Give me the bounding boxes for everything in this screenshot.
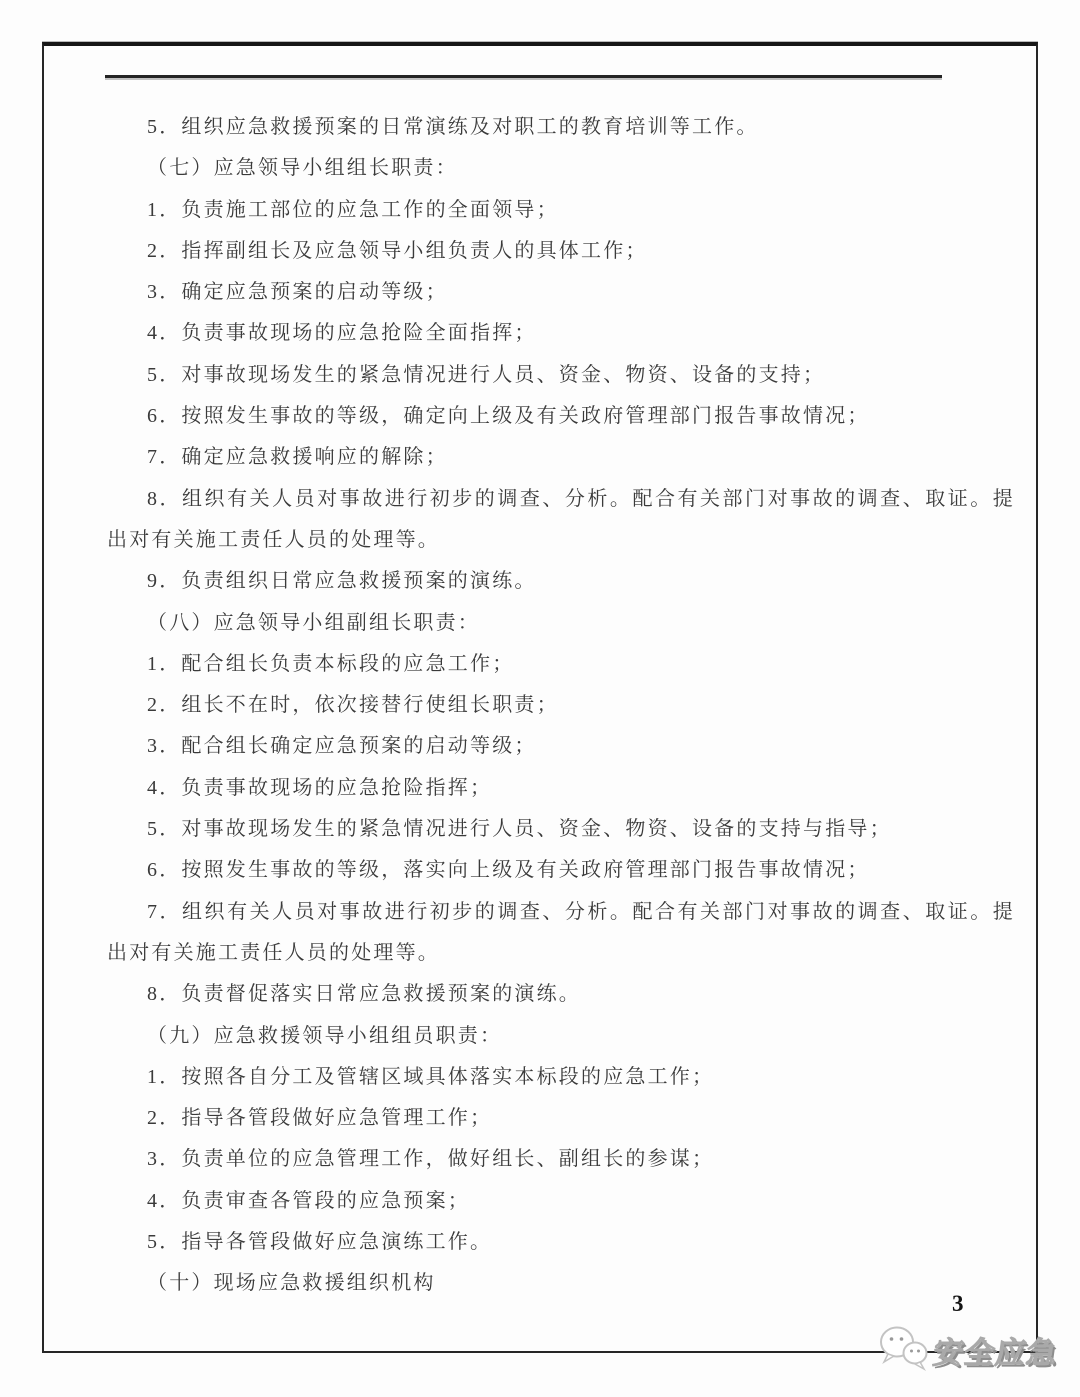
paragraph: 6．按照发生事故的等级，落实向上级及有关政府管理部门报告事故情况；: [107, 850, 1015, 891]
paragraph: 1．按照各自分工及管辖区域具体落实本标段的应急工作；: [107, 1057, 1015, 1098]
paragraph: 8．组织有关人员对事故进行初步的调查、分析。配合有关部门对事故的调查、取证。提出…: [107, 479, 1015, 562]
paragraph: 6．按照发生事故的等级，确定向上级及有关政府管理部门报告事故情况；: [107, 396, 1015, 437]
paragraph: 5．指导各管段做好应急演练工作。: [107, 1222, 1015, 1263]
header-rule: [105, 75, 942, 78]
document-page: 5．组织应急救援预案的日常演练及对职工的教育培训等工作。（七）应急领导小组组长职…: [0, 0, 1080, 1397]
paragraph: 5．对事故现场发生的紧急情况进行人员、资金、物资、设备的支持与指导；: [107, 809, 1015, 850]
paragraph: （九）应急救援领导小组组员职责：: [107, 1016, 1015, 1057]
paragraph: 2．指导各管段做好应急管理工作；: [107, 1098, 1015, 1139]
paragraph: 2．指挥副组长及应急领导小组负责人的具体工作；: [107, 231, 1015, 272]
watermark-text: 安全应急: [931, 1328, 1061, 1372]
paragraph: 7．确定应急救援响应的解除；: [107, 437, 1015, 478]
paragraph: （八）应急领导小组副组长职责：: [107, 603, 1015, 644]
paragraph: 3．配合组长确定应急预案的启动等级；: [107, 726, 1015, 767]
paragraph: （十）现场应急救援组织机构: [107, 1263, 1015, 1304]
paragraph: 9．负责组织日常应急救援预案的演练。: [107, 561, 1015, 602]
paragraph: 4．负责事故现场的应急抢险全面指挥；: [107, 313, 1015, 354]
paragraph: 4．负责事故现场的应急抢险指挥；: [107, 768, 1015, 809]
paragraph: 2．组长不在时，依次接替行使组长职责；: [107, 685, 1015, 726]
paragraph: 8．负责督促落实日常应急救援预案的演练。: [107, 974, 1015, 1015]
paragraph: 5．组织应急救援预案的日常演练及对职工的教育培训等工作。: [107, 107, 1015, 148]
paragraph: 1．配合组长负责本标段的应急工作；: [107, 644, 1015, 685]
document-body: 5．组织应急救援预案的日常演练及对职工的教育培训等工作。（七）应急领导小组组长职…: [107, 107, 1015, 1305]
paragraph: 1．负责施工部位的应急工作的全面领导；: [107, 190, 1015, 231]
paragraph: （七）应急领导小组组长职责：: [107, 148, 1015, 189]
paragraph: 7．组织有关人员对事故进行初步的调查、分析。配合有关部门对事故的调查、取证。提出…: [107, 892, 1015, 975]
page-number: 3: [952, 1291, 964, 1317]
wechat-icon: [878, 1322, 930, 1377]
paragraph: 3．确定应急预案的启动等级；: [107, 272, 1015, 313]
paragraph: 5．对事故现场发生的紧急情况进行人员、资金、物资、设备的支持；: [107, 355, 1015, 396]
paragraph: 3．负责单位的应急管理工作，做好组长、副组长的参谋；: [107, 1139, 1015, 1180]
paragraph: 4．负责审查各管段的应急预案；: [107, 1181, 1015, 1222]
watermark: 安全应急: [878, 1322, 1058, 1377]
